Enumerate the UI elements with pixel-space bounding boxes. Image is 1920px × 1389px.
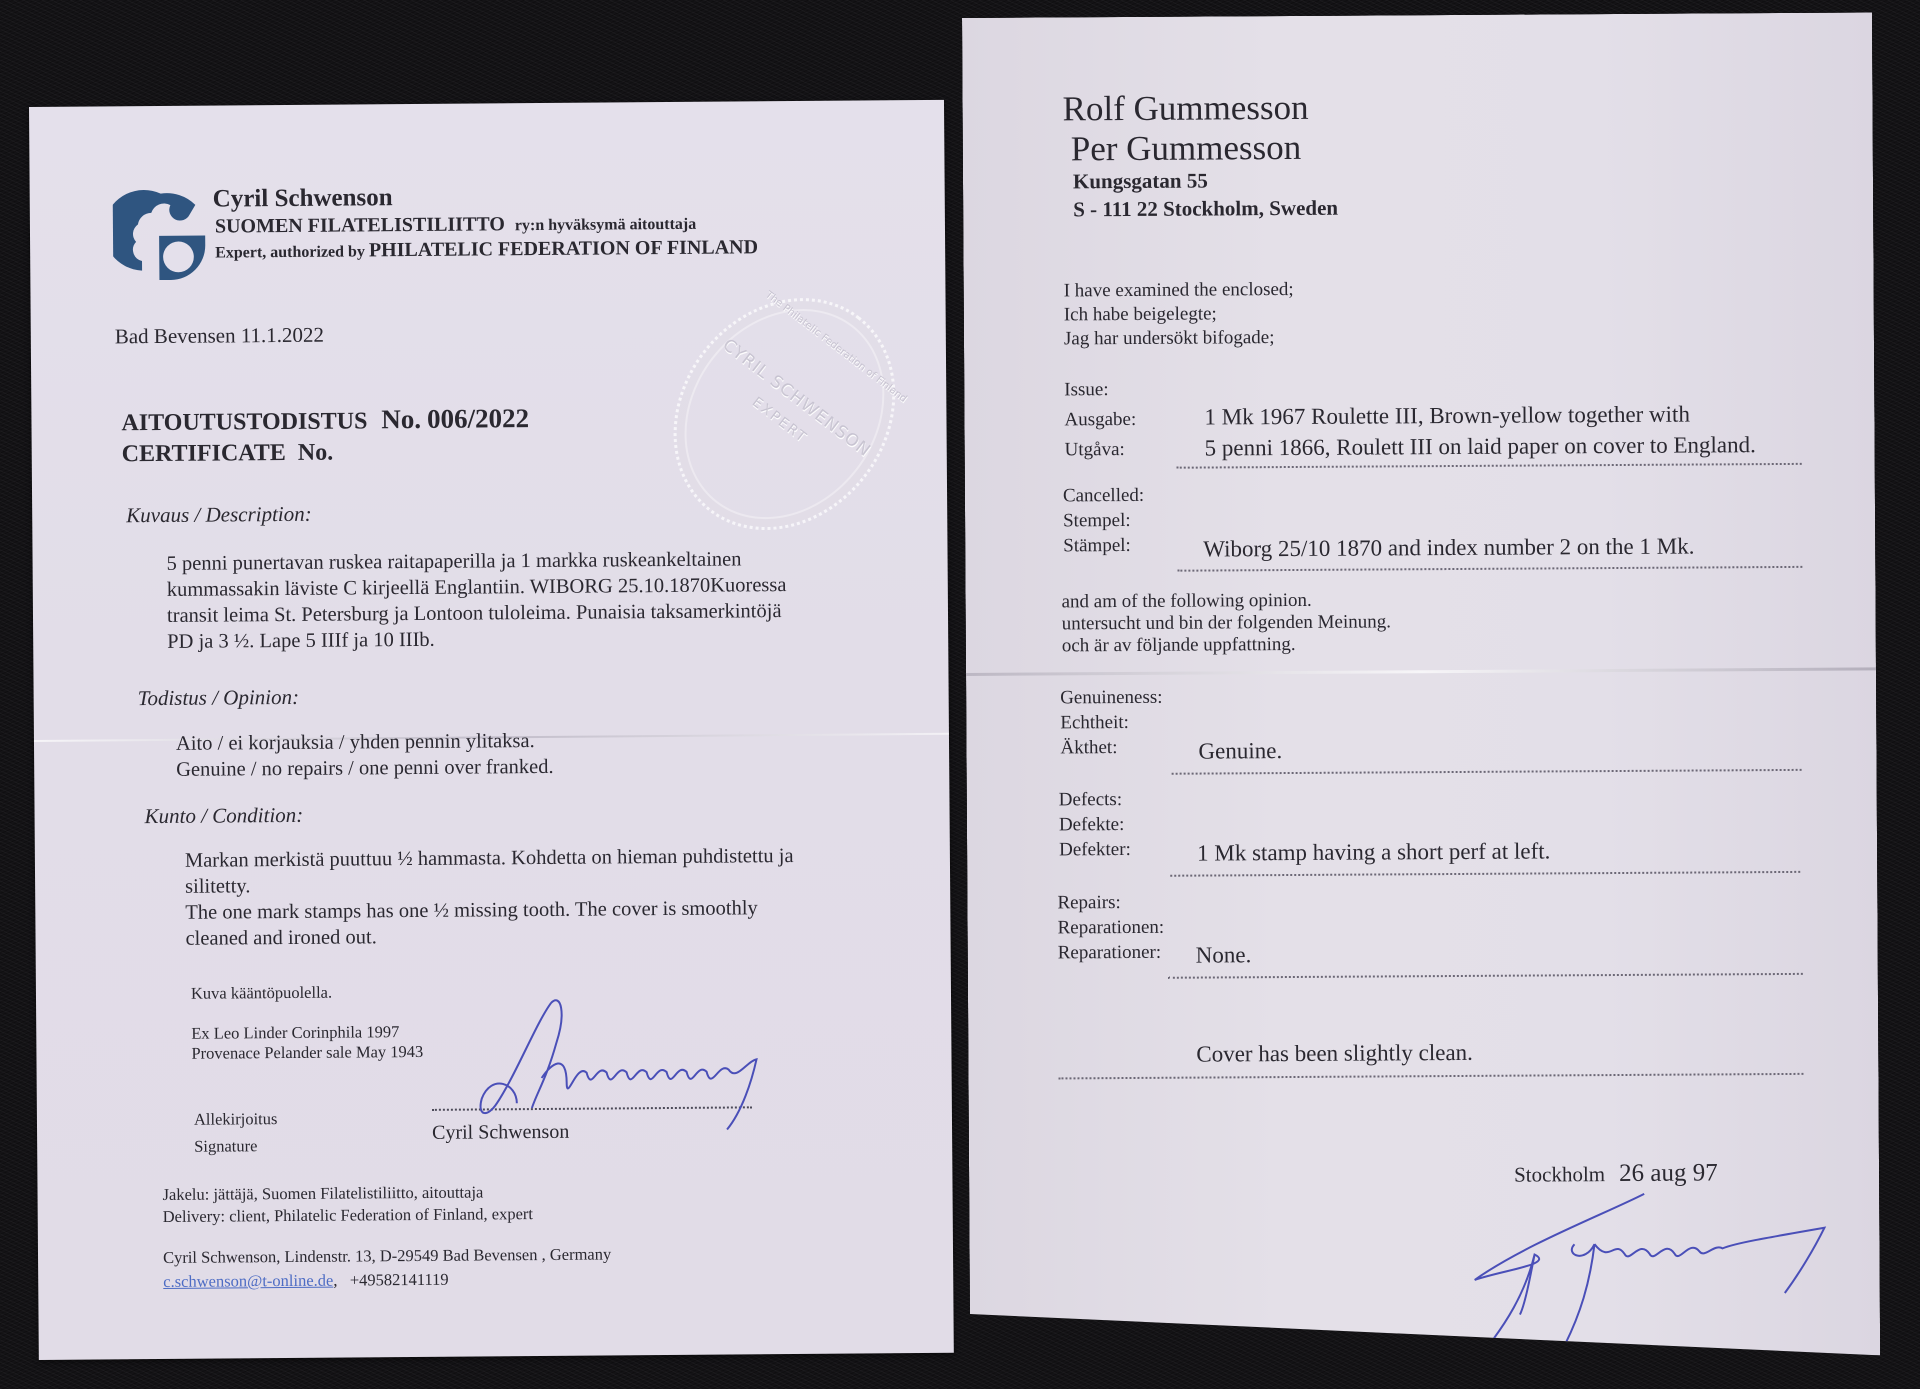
genuineness-value: Genuine. xyxy=(1198,738,1282,765)
cert-no-label-en: No. xyxy=(298,440,334,466)
intro-line: Ich habe beigelegte; xyxy=(1064,302,1294,327)
certificate-title: AITOUTUSTODISTUS No. 006/2022 CERTIFICAT… xyxy=(121,403,529,470)
federation-name: SUOMEN FILATELISTILIITTO xyxy=(215,213,505,237)
opinion-line: Aito / ei korjauksia / yhden pennin ylit… xyxy=(176,728,554,757)
opinion-line: och är av följande uppfattning. xyxy=(1062,633,1391,657)
handwritten-signature-gummesson xyxy=(1464,1183,1865,1355)
federation-suffix: ry:n hyväksymä aitouttaja xyxy=(515,216,696,234)
handwritten-signature-schwenson xyxy=(456,981,787,1134)
repairs-label: Reparationer: xyxy=(1058,940,1165,966)
delivery-info: Jakelu: jättäjä, Suomen Filatelistiliitt… xyxy=(162,1181,533,1228)
issue-label: Utgåva: xyxy=(1065,435,1137,465)
remark: Cover has been slightly clean. xyxy=(1196,1040,1473,1068)
description-line: PD ja 3 ½. Lape 5 IIIf ja 10 IIIb. xyxy=(167,624,787,655)
repairs-value: None. xyxy=(1196,942,1252,968)
authorized-org: PHILATELIC FEDERATION OF FINLAND xyxy=(369,236,758,261)
place-date: Bad Bevensen 11.1.2022 xyxy=(115,323,324,350)
contact-info: Cyril Schwenson, Lindenstr. 13, D-29549 … xyxy=(163,1242,612,1294)
defects-label: Defects: xyxy=(1059,787,1131,812)
signature-labels: Allekirjoitus Signature xyxy=(194,1105,278,1160)
certificate-number: 006/2022 xyxy=(427,403,529,434)
condition-label: Kunto / Condition: xyxy=(144,803,303,829)
cancel-label: Stämpel: xyxy=(1063,533,1144,558)
expert-name-2: Per Gummesson xyxy=(1071,128,1302,169)
issue-label: Ausgabe: xyxy=(1064,405,1136,435)
signature-label-en: Signature xyxy=(194,1132,278,1160)
condition-line: cleaned and ironed out. xyxy=(185,921,794,952)
opinion-line: and am of the following opinion. xyxy=(1062,589,1391,613)
contact-line: c.schwenson@t-online.de, +49582141119 xyxy=(163,1266,611,1294)
provenance-line: Provenace Pelander sale May 1943 xyxy=(191,1042,423,1064)
genuineness-labels: Genuineness: Echtheit: Äkthet: xyxy=(1060,685,1163,761)
cancel-label: Cancelled: xyxy=(1063,483,1144,508)
signature-label-fi: Allekirjoitus xyxy=(194,1105,278,1133)
issue-value: 1 Mk 1967 Roulette III, Brown-yellow tog… xyxy=(1204,398,1756,463)
defects-label: Defekte: xyxy=(1059,812,1131,837)
paper-fold-line xyxy=(966,667,1876,676)
cancel-dotted-line xyxy=(1177,566,1802,572)
authorized-prefix: Expert, authorized by xyxy=(215,243,365,261)
opinion-text: Aito / ei korjauksia / yhden pennin ylit… xyxy=(176,728,554,783)
condition-line: The one mark stamps has one ½ missing to… xyxy=(185,895,794,926)
intro-text: I have examined the enclosed; Ich habe b… xyxy=(1064,278,1294,351)
intro-line: Jag har undersökt bifogade; xyxy=(1064,326,1294,351)
federation-line: SUOMEN FILATELISTILIITTOry:n hyväksymä a… xyxy=(215,212,696,239)
repairs-labels: Repairs: Reparationen: Reparationer: xyxy=(1057,890,1164,966)
image-note: Kuva kääntöpuolella. xyxy=(191,983,332,1004)
opinion-text: and am of the following opinion. untersu… xyxy=(1062,589,1392,657)
phone-number: +49582141119 xyxy=(350,1270,449,1290)
swedish-certificate-page: Rolf Gummesson Per Gummesson Kungsgatan … xyxy=(962,12,1880,1361)
provenance: Ex Leo Linder Corinphila 1997 Provenace … xyxy=(191,1022,423,1064)
repairs-dotted-line xyxy=(1168,973,1803,979)
opinion-label: Todistus / Opinion: xyxy=(138,685,300,711)
description-label: Kuvaus / Description: xyxy=(126,502,312,528)
cert-no-label: No. xyxy=(381,404,421,434)
issue-label: Issue: xyxy=(1064,375,1136,405)
description-text: 5 penni punertavan ruskea raitapaperilla… xyxy=(166,546,786,655)
opinion-line: untersucht und bin der folgenden Meinung… xyxy=(1062,611,1391,635)
opinion-line: Genuine / no repairs / one penni over fr… xyxy=(176,754,554,783)
issue-line: 1 Mk 1967 Roulette III, Brown-yellow tog… xyxy=(1204,398,1755,432)
cancel-label: Stempel: xyxy=(1063,508,1144,533)
condition-text: Markan merkistä puuttuu ½ hammasta. Kohd… xyxy=(185,843,794,952)
defects-label: Defekter: xyxy=(1059,837,1131,862)
address: Cyril Schwenson, Lindenstr. 13, D-29549 … xyxy=(163,1242,611,1270)
description-line: transit leima St. Petersburg ja Lontoon … xyxy=(167,598,787,629)
genuineness-label: Genuineness: xyxy=(1060,685,1163,711)
issue-line: 5 penni 1866, Roulett III on laid paper … xyxy=(1205,429,1756,463)
philatelic-federation-logo-icon xyxy=(113,186,210,283)
genuineness-label: Echtheit: xyxy=(1060,710,1163,736)
expert-name-1: Rolf Gummesson xyxy=(1062,88,1308,130)
cancel-labels: Cancelled: Stempel: Stämpel: xyxy=(1063,483,1145,558)
intro-line: I have examined the enclosed; xyxy=(1064,278,1294,303)
issue-labels: Issue: Ausgabe: Utgåva: xyxy=(1064,375,1136,465)
defects-labels: Defects: Defekte: Defekter: xyxy=(1059,787,1131,862)
repairs-label: Repairs: xyxy=(1057,890,1164,916)
cert-title-en: CERTIFICATE xyxy=(122,440,286,467)
genuineness-dotted-line xyxy=(1172,769,1802,775)
provenance-line: Ex Leo Linder Corinphila 1997 xyxy=(191,1022,423,1044)
authorization-line: Expert, authorized byPHILATELIC FEDERATI… xyxy=(215,236,758,263)
issue-dotted-line xyxy=(1177,463,1802,469)
city-address: S - 111 22 Stockholm, Sweden xyxy=(1073,196,1338,223)
condition-line: Markan merkistä puuttuu ½ hammasta. Kohd… xyxy=(185,843,794,874)
remark-dotted-line xyxy=(1058,1073,1803,1080)
defects-value: 1 Mk stamp having a short perf at left. xyxy=(1197,838,1550,866)
street-address: Kungsgatan 55 xyxy=(1073,169,1208,195)
email-link[interactable]: c.schwenson@t-online.de xyxy=(163,1271,333,1291)
finnish-certificate-page: Cyril Schwenson SUOMEN FILATELISTILIITTO… xyxy=(29,100,954,1360)
defects-dotted-line xyxy=(1170,871,1800,877)
embossed-seal: The Philatelic Federation of Finland CYR… xyxy=(628,254,941,575)
cancel-value: Wiborg 25/10 1870 and index number 2 on … xyxy=(1203,534,1694,563)
delivery-fi: Jakelu: jättäjä, Suomen Filatelistiliitt… xyxy=(162,1181,532,1206)
cert-title-fi: AITOUTUSTODISTUS xyxy=(121,408,367,436)
delivery-en: Delivery: client, Philatelic Federation … xyxy=(163,1203,533,1228)
expert-name: Cyril Schwenson xyxy=(213,184,393,213)
genuineness-label: Äkthet: xyxy=(1060,735,1163,761)
repairs-label: Reparationen: xyxy=(1057,915,1164,941)
